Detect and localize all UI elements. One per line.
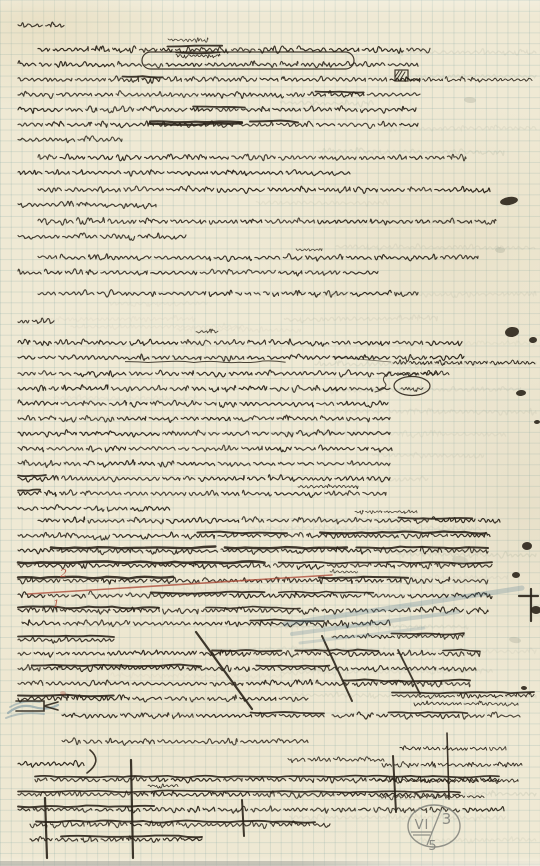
- manuscript-page: 21 VI 3 5: [0, 0, 540, 866]
- stamp-roman-numeral: VI: [415, 818, 430, 833]
- stamp-lower-number: 5: [428, 839, 437, 854]
- archival-number-stamp: VI 3 5: [0, 0, 540, 866]
- stamp-upper-number: 3: [442, 810, 453, 828]
- scan-edge-shadow: [0, 861, 540, 866]
